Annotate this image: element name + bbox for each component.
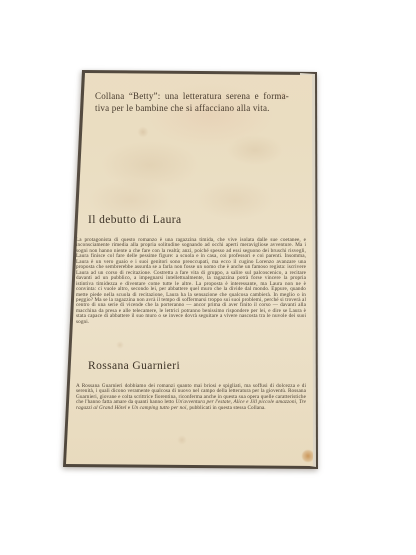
cover-text-layer: Collana “Betty”: una letteratura serena …	[0, 0, 416, 555]
author-bio-book-title-last: Un camping tutto per noi	[132, 405, 187, 411]
book-back-cover: Collana “Betty”: una letteratura serena …	[0, 0, 416, 555]
series-blurb: Collana “Betty”: una letteratura serena …	[95, 91, 289, 114]
series-blurb-line2: tiva per le bambine che si affacciano al…	[95, 103, 289, 115]
book-title-heading: Il debutto di Laura	[88, 214, 182, 226]
author-bio-closing: , pubblicati in questa stessa Collana.	[187, 405, 266, 411]
photo-backdrop: Collana “Betty”: una letteratura serena …	[0, 0, 416, 555]
author-name-heading: Rossana Guarnieri	[88, 360, 180, 372]
author-bio-paragraph: A Rossana Guarnieri dobbiamo dei romanzi…	[76, 384, 306, 411]
book-synopsis-paragraph: La protagonista di questo romanzo è una …	[76, 238, 306, 325]
series-blurb-line1: Collana “Betty”: una letteratura serena …	[95, 91, 289, 103]
